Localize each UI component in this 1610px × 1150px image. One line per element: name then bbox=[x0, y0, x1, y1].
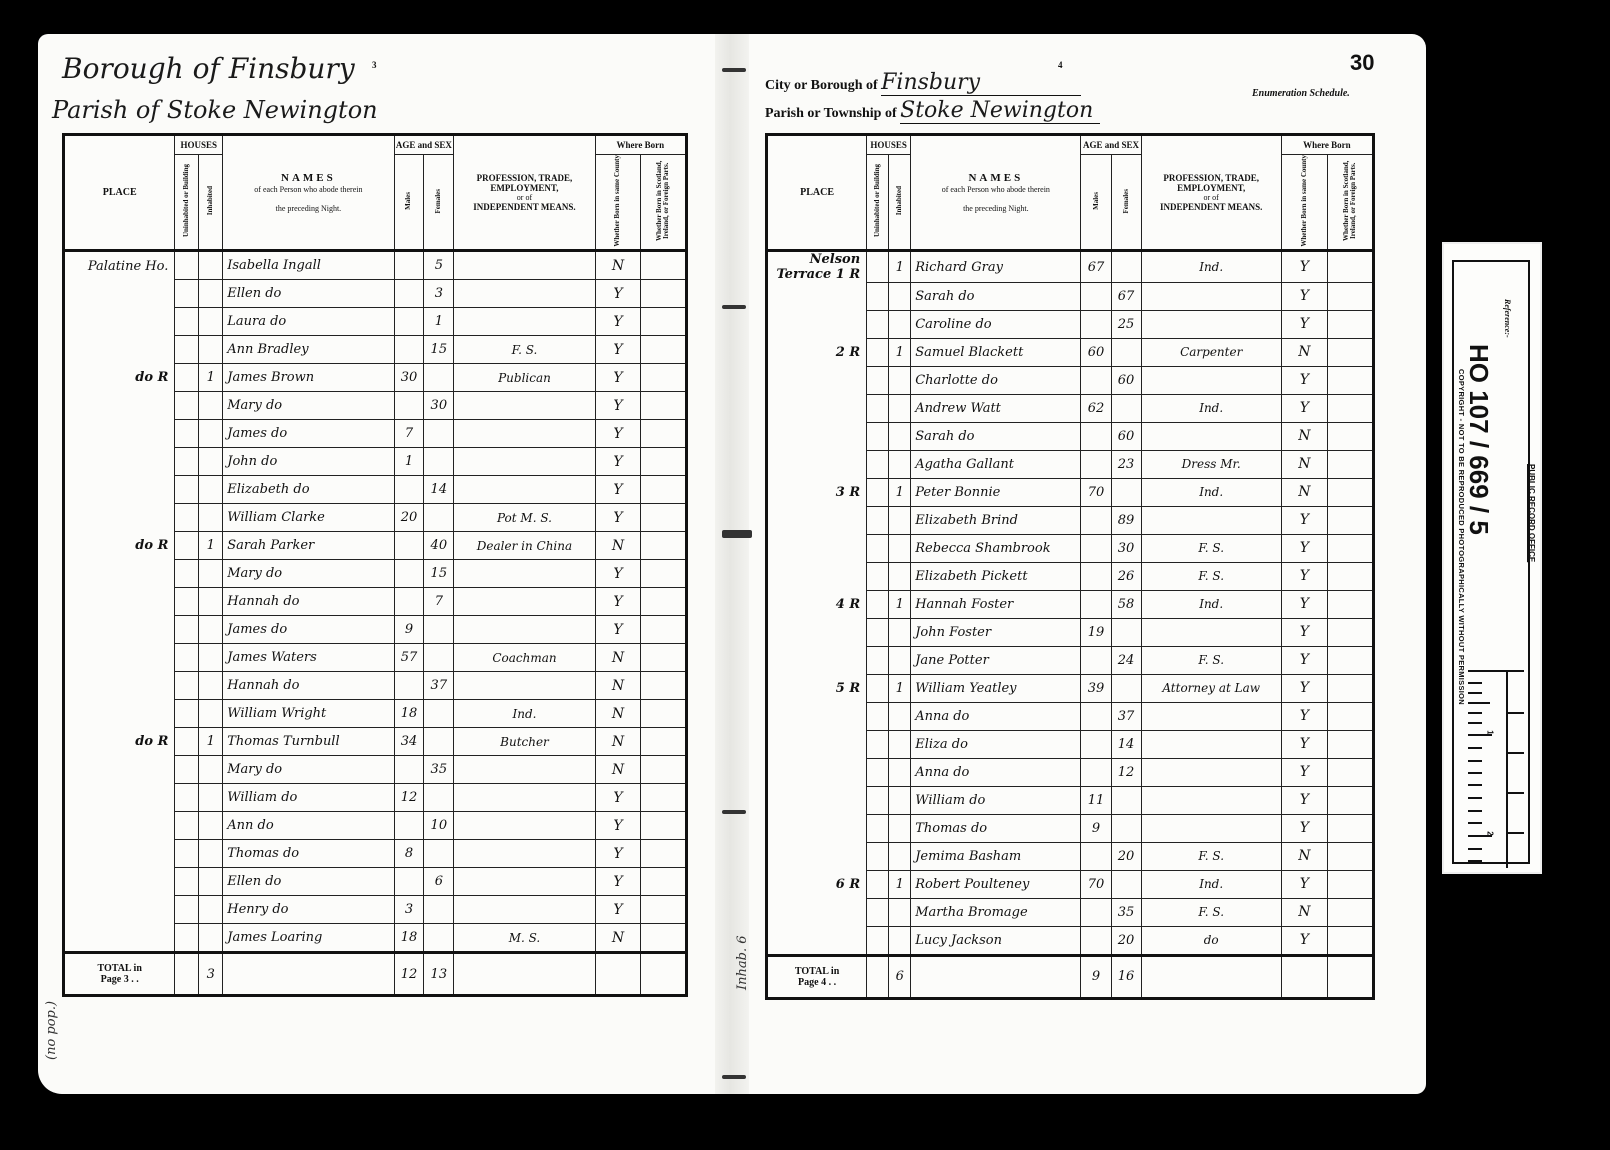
uninhabited-cell bbox=[867, 394, 889, 422]
name-cell: Mary do bbox=[223, 392, 394, 420]
place-cell bbox=[767, 450, 867, 478]
uninhabited-cell bbox=[867, 618, 889, 646]
born-county-cell: Y bbox=[595, 868, 641, 896]
inhabited-cell bbox=[889, 842, 911, 870]
reference-slip: Reference:- HO 107 / 669 / 5 COPYRIGHT -… bbox=[1442, 242, 1542, 874]
male-age-cell: 34 bbox=[394, 728, 424, 756]
male-age-cell: 1 bbox=[394, 448, 424, 476]
enumeration-schedule-label: Enumeration Schedule. bbox=[1252, 88, 1350, 99]
left-margin-note: (no pop.) bbox=[44, 1001, 59, 1060]
born-foreign-cell bbox=[641, 924, 687, 953]
female-age-cell: 14 bbox=[1111, 730, 1141, 758]
female-age-cell bbox=[1111, 394, 1141, 422]
name-cell: William do bbox=[911, 786, 1081, 814]
born-county-cell: Y bbox=[1281, 590, 1327, 618]
col-born-foreign: Whether Born in Scotland, Ireland, or Fo… bbox=[641, 155, 687, 251]
born-foreign-cell bbox=[1327, 898, 1373, 926]
place-cell bbox=[767, 282, 867, 310]
name-cell: Ann do bbox=[223, 812, 394, 840]
born-foreign-cell bbox=[1327, 310, 1373, 338]
place-cell bbox=[64, 672, 175, 700]
parish-value: Stoke Newington bbox=[900, 98, 1100, 124]
female-age-cell bbox=[1111, 338, 1141, 366]
born-county-cell: N bbox=[1281, 478, 1327, 506]
born-foreign-cell bbox=[641, 251, 687, 280]
inhabited-cell bbox=[889, 786, 911, 814]
male-age-cell: 3 bbox=[394, 896, 424, 924]
male-age-cell: 60 bbox=[1081, 338, 1111, 366]
occupation-cell bbox=[454, 672, 595, 700]
born-county-cell: N bbox=[595, 672, 641, 700]
inhabited-cell bbox=[199, 616, 223, 644]
uninhabited-cell bbox=[175, 336, 199, 364]
born-foreign-cell bbox=[1327, 618, 1373, 646]
female-age-cell bbox=[424, 924, 454, 953]
place-cell bbox=[64, 896, 175, 924]
male-age-cell bbox=[394, 280, 424, 308]
female-age-cell: 6 bbox=[424, 868, 454, 896]
male-age-cell bbox=[394, 476, 424, 504]
place-cell bbox=[767, 730, 867, 758]
female-age-cell: 89 bbox=[1111, 506, 1141, 534]
occupation-cell: F. S. bbox=[1141, 898, 1281, 926]
name-cell: Richard Gray bbox=[911, 251, 1081, 283]
table-row: 5 R1William Yeatley39Attorney at LawY bbox=[767, 674, 1374, 702]
place-cell bbox=[64, 812, 175, 840]
col-born-foreign: Whether Born in Scotland, Ireland, or Fo… bbox=[1327, 155, 1373, 251]
inhabited-cell bbox=[889, 282, 911, 310]
born-county-cell: Y bbox=[1281, 534, 1327, 562]
occupation-cell bbox=[1141, 282, 1281, 310]
col-females: Females bbox=[424, 155, 454, 251]
name-cell: Elizabeth Pickett bbox=[911, 562, 1081, 590]
total-males: 9 bbox=[1081, 955, 1111, 998]
occupation-cell bbox=[1141, 366, 1281, 394]
uninhabited-cell bbox=[175, 251, 199, 280]
male-age-cell bbox=[1081, 282, 1111, 310]
born-foreign-cell bbox=[641, 420, 687, 448]
table-row: Charlotte do60Y bbox=[767, 366, 1374, 394]
male-age-cell bbox=[1081, 898, 1111, 926]
inhabited-cell bbox=[199, 672, 223, 700]
place-cell: 5 R bbox=[767, 674, 867, 702]
table-row: Palatine Ho.Isabella Ingall5N bbox=[64, 251, 687, 280]
inhabited-cell bbox=[889, 394, 911, 422]
name-cell: Hannah do bbox=[223, 588, 394, 616]
inhabited-cell bbox=[889, 926, 911, 955]
place-cell bbox=[64, 308, 175, 336]
name-cell: John Foster bbox=[911, 618, 1081, 646]
right-borough-line: City or Borough of Finsbury bbox=[765, 70, 1081, 96]
place-cell bbox=[64, 504, 175, 532]
born-foreign-cell bbox=[1327, 251, 1373, 283]
col-houses: HOUSES bbox=[867, 135, 911, 155]
table-row: Anna do12Y bbox=[767, 758, 1374, 786]
col-uninhabited: Uninhabited or Building bbox=[175, 155, 199, 251]
place-cell bbox=[64, 700, 175, 728]
occupation-cell bbox=[1141, 618, 1281, 646]
uninhabited-cell bbox=[867, 590, 889, 618]
uninhabited-cell bbox=[175, 616, 199, 644]
born-county-cell: N bbox=[595, 251, 641, 280]
table-row: William Clarke20Pot M. S.Y bbox=[64, 504, 687, 532]
occupation-cell bbox=[1141, 702, 1281, 730]
female-age-cell bbox=[424, 420, 454, 448]
female-age-cell: 7 bbox=[424, 588, 454, 616]
name-cell: Peter Bonnie bbox=[911, 478, 1081, 506]
born-county-cell: Y bbox=[1281, 786, 1327, 814]
occupation-cell bbox=[1141, 814, 1281, 842]
born-county-cell: Y bbox=[1281, 618, 1327, 646]
born-county-cell: Y bbox=[595, 616, 641, 644]
copyright-notice: COPYRIGHT - NOT TO BE REPRODUCED PHOTOGR… bbox=[1457, 369, 1466, 705]
table-row: William Wright18Ind.N bbox=[64, 700, 687, 728]
total-houses: 3 bbox=[199, 953, 223, 996]
inhabited-cell bbox=[199, 251, 223, 280]
born-foreign-cell bbox=[1327, 338, 1373, 366]
place-cell: do R bbox=[64, 364, 175, 392]
uninhabited-cell bbox=[867, 926, 889, 955]
place-cell bbox=[64, 588, 175, 616]
inhabited-cell bbox=[889, 758, 911, 786]
occupation-cell bbox=[1141, 758, 1281, 786]
male-age-cell: 7 bbox=[394, 420, 424, 448]
place-cell bbox=[767, 814, 867, 842]
female-age-cell: 10 bbox=[424, 812, 454, 840]
female-age-cell: 37 bbox=[424, 672, 454, 700]
inhabited-cell bbox=[889, 814, 911, 842]
table-row: William do11Y bbox=[767, 786, 1374, 814]
uninhabited-cell bbox=[867, 702, 889, 730]
born-county-cell: Y bbox=[595, 336, 641, 364]
left-census-table: PLACE HOUSES NAMES of each Person who ab… bbox=[62, 133, 688, 997]
name-cell: Robert Poulteney bbox=[911, 870, 1081, 898]
name-cell: Isabella Ingall bbox=[223, 251, 394, 280]
born-county-cell: Y bbox=[595, 588, 641, 616]
place-cell bbox=[64, 756, 175, 784]
born-foreign-cell bbox=[1327, 730, 1373, 758]
uninhabited-cell bbox=[867, 506, 889, 534]
table-row: Ellen do6Y bbox=[64, 868, 687, 896]
col-males: Males bbox=[1081, 155, 1111, 251]
place-cell bbox=[64, 476, 175, 504]
col-inhabited: Inhabited bbox=[199, 155, 223, 251]
male-age-cell bbox=[1081, 422, 1111, 450]
female-age-cell bbox=[424, 896, 454, 924]
female-age-cell bbox=[424, 840, 454, 868]
uninhabited-cell bbox=[867, 814, 889, 842]
table-row: Martha Bromage35F. S.N bbox=[767, 898, 1374, 926]
uninhabited-cell bbox=[867, 450, 889, 478]
table-row: 2 R1Samuel Blackett60CarpenterN bbox=[767, 338, 1374, 366]
male-age-cell bbox=[1081, 842, 1111, 870]
born-foreign-cell bbox=[641, 868, 687, 896]
name-cell: Elizabeth do bbox=[223, 476, 394, 504]
uninhabited-cell bbox=[175, 812, 199, 840]
born-foreign-cell bbox=[1327, 842, 1373, 870]
inhabited-cell bbox=[889, 310, 911, 338]
table-row: Ann Bradley15F. S.Y bbox=[64, 336, 687, 364]
male-age-cell bbox=[394, 532, 424, 560]
place-cell bbox=[767, 646, 867, 674]
place-cell: 6 R bbox=[767, 870, 867, 898]
born-foreign-cell bbox=[1327, 646, 1373, 674]
place-cell bbox=[64, 420, 175, 448]
male-age-cell bbox=[394, 308, 424, 336]
total-females: 13 bbox=[424, 953, 454, 996]
total-uninhabited bbox=[867, 955, 889, 998]
born-foreign-cell bbox=[641, 672, 687, 700]
occupation-cell bbox=[454, 448, 595, 476]
place-cell bbox=[64, 560, 175, 588]
table-row: John do1Y bbox=[64, 448, 687, 476]
male-age-cell bbox=[394, 251, 424, 280]
inhabited-cell: 1 bbox=[199, 728, 223, 756]
female-age-cell: 58 bbox=[1111, 590, 1141, 618]
inhabited-cell bbox=[199, 420, 223, 448]
male-age-cell: 39 bbox=[1081, 674, 1111, 702]
born-foreign-cell bbox=[641, 644, 687, 672]
stamped-page-number: 30 bbox=[1350, 50, 1374, 76]
inhabited-cell bbox=[199, 700, 223, 728]
born-foreign-cell bbox=[1327, 478, 1373, 506]
occupation-cell bbox=[454, 840, 595, 868]
occupation-cell bbox=[454, 756, 595, 784]
male-age-cell bbox=[394, 336, 424, 364]
female-age-cell: 30 bbox=[1111, 534, 1141, 562]
ruler-mark: 2 bbox=[1486, 831, 1495, 835]
name-cell: James do bbox=[223, 420, 394, 448]
name-cell: Caroline do bbox=[911, 310, 1081, 338]
male-age-cell bbox=[394, 868, 424, 896]
female-age-cell bbox=[424, 448, 454, 476]
occupation-cell: Ind. bbox=[1141, 251, 1281, 283]
name-cell: Sarah Parker bbox=[223, 532, 394, 560]
uninhabited-cell bbox=[867, 646, 889, 674]
born-county-cell: Y bbox=[595, 504, 641, 532]
female-age-cell: 37 bbox=[1111, 702, 1141, 730]
female-age-cell bbox=[424, 728, 454, 756]
female-age-cell: 5 bbox=[424, 251, 454, 280]
col-born-county: Whether Born in same County bbox=[595, 155, 641, 251]
occupation-cell: F. S. bbox=[454, 336, 595, 364]
born-county-cell: Y bbox=[1281, 366, 1327, 394]
male-age-cell: 8 bbox=[394, 840, 424, 868]
uninhabited-cell bbox=[175, 644, 199, 672]
place-cell bbox=[767, 926, 867, 955]
male-age-cell: 12 bbox=[394, 784, 424, 812]
table-row: Laura do1Y bbox=[64, 308, 687, 336]
female-age-cell bbox=[424, 700, 454, 728]
name-cell: Rebecca Shambrook bbox=[911, 534, 1081, 562]
male-age-cell: 9 bbox=[394, 616, 424, 644]
born-county-cell: Y bbox=[1281, 870, 1327, 898]
total-label: TOTAL inPage 4 . . bbox=[767, 955, 867, 998]
name-cell: Mary do bbox=[223, 560, 394, 588]
occupation-cell: do bbox=[1141, 926, 1281, 955]
table-row: do R1Thomas Turnbull34ButcherN bbox=[64, 728, 687, 756]
uninhabited-cell bbox=[175, 700, 199, 728]
male-age-cell bbox=[1081, 310, 1111, 338]
place-cell: 3 R bbox=[767, 478, 867, 506]
occupation-cell: F. S. bbox=[1141, 646, 1281, 674]
born-foreign-cell bbox=[1327, 702, 1373, 730]
inhabited-cell bbox=[199, 868, 223, 896]
born-county-cell: Y bbox=[1281, 506, 1327, 534]
male-age-cell: 20 bbox=[394, 504, 424, 532]
female-age-cell bbox=[1111, 674, 1141, 702]
occupation-cell bbox=[454, 560, 595, 588]
born-county-cell: N bbox=[595, 728, 641, 756]
born-county-cell: N bbox=[1281, 842, 1327, 870]
table-row: Nelson Terrace 1 R1Richard Gray67Ind.Y bbox=[767, 251, 1374, 283]
born-foreign-cell bbox=[1327, 758, 1373, 786]
place-cell bbox=[64, 616, 175, 644]
table-row: Mary do30Y bbox=[64, 392, 687, 420]
occupation-cell: M. S. bbox=[454, 924, 595, 953]
total-label: TOTAL inPage 3 . . bbox=[64, 953, 175, 996]
born-foreign-cell bbox=[1327, 786, 1373, 814]
ruler-mark: 1 bbox=[1486, 730, 1495, 734]
female-age-cell bbox=[424, 784, 454, 812]
female-age-cell bbox=[1111, 870, 1141, 898]
born-foreign-cell bbox=[641, 896, 687, 924]
male-age-cell bbox=[1081, 562, 1111, 590]
uninhabited-cell bbox=[867, 786, 889, 814]
place-cell bbox=[64, 392, 175, 420]
male-age-cell bbox=[394, 588, 424, 616]
table-row: Thomas do9Y bbox=[767, 814, 1374, 842]
occupation-cell bbox=[454, 392, 595, 420]
female-age-cell bbox=[1111, 786, 1141, 814]
born-county-cell: Y bbox=[595, 812, 641, 840]
uninhabited-cell bbox=[175, 280, 199, 308]
inhabited-cell bbox=[199, 812, 223, 840]
place-cell bbox=[767, 366, 867, 394]
occupation-cell bbox=[1141, 422, 1281, 450]
born-county-cell: Y bbox=[595, 280, 641, 308]
male-age-cell: 19 bbox=[1081, 618, 1111, 646]
name-cell: Thomas Turnbull bbox=[223, 728, 394, 756]
name-cell: Henry do bbox=[223, 896, 394, 924]
inhabited-cell: 1 bbox=[889, 338, 911, 366]
born-foreign-cell bbox=[641, 448, 687, 476]
binding-stitch bbox=[722, 1075, 746, 1079]
right-parish-line: Parish or Township of Stoke Newington bbox=[765, 98, 1100, 124]
uninhabited-cell bbox=[867, 674, 889, 702]
uninhabited-cell bbox=[867, 534, 889, 562]
place-cell: Palatine Ho. bbox=[64, 251, 175, 280]
born-foreign-cell bbox=[641, 392, 687, 420]
name-cell: Mary do bbox=[223, 756, 394, 784]
table-row: Thomas do8Y bbox=[64, 840, 687, 868]
occupation-cell bbox=[454, 308, 595, 336]
born-county-cell: Y bbox=[1281, 926, 1327, 955]
col-where-born: Where Born bbox=[595, 135, 686, 155]
col-age-sex: AGE and SEX bbox=[394, 135, 454, 155]
col-names: NAMES of each Person who abode therein t… bbox=[911, 135, 1081, 251]
name-cell: William Wright bbox=[223, 700, 394, 728]
born-county-cell: Y bbox=[1281, 310, 1327, 338]
total-names bbox=[223, 953, 394, 996]
female-age-cell: 35 bbox=[424, 756, 454, 784]
occupation-cell bbox=[1141, 786, 1281, 814]
female-age-cell: 15 bbox=[424, 560, 454, 588]
born-county-cell: Y bbox=[1281, 646, 1327, 674]
table-row: 4 R1Hannah Foster58Ind.Y bbox=[767, 590, 1374, 618]
table-row: James Loaring18M. S.N bbox=[64, 924, 687, 953]
total-born-foreign bbox=[641, 953, 687, 996]
total-names bbox=[911, 955, 1081, 998]
uninhabited-cell bbox=[867, 366, 889, 394]
table-row: Hannah do7Y bbox=[64, 588, 687, 616]
male-age-cell bbox=[394, 560, 424, 588]
occupation-cell: Ind. bbox=[1141, 394, 1281, 422]
inhabited-cell bbox=[199, 784, 223, 812]
col-born-county: Whether Born in same County bbox=[1281, 155, 1327, 251]
name-cell: Agatha Gallant bbox=[911, 450, 1081, 478]
name-cell: Jemima Basham bbox=[911, 842, 1081, 870]
born-county-cell: Y bbox=[595, 392, 641, 420]
table-row: 6 R1Robert Poulteney70Ind.Y bbox=[767, 870, 1374, 898]
female-age-cell: 3 bbox=[424, 280, 454, 308]
right-census-table: PLACE HOUSES NAMES of each Person who ab… bbox=[765, 133, 1375, 1000]
inhabited-cell bbox=[199, 476, 223, 504]
table-row: Elizabeth Pickett26F. S.Y bbox=[767, 562, 1374, 590]
table-row: Ellen do3Y bbox=[64, 280, 687, 308]
occupation-cell: Dealer in China bbox=[454, 532, 595, 560]
female-age-cell: 23 bbox=[1111, 450, 1141, 478]
name-cell: Eliza do bbox=[911, 730, 1081, 758]
table-row: John Foster19Y bbox=[767, 618, 1374, 646]
male-age-cell: 30 bbox=[394, 364, 424, 392]
table-row: Sarah do67Y bbox=[767, 282, 1374, 310]
inhabited-cell bbox=[889, 422, 911, 450]
place-cell bbox=[64, 924, 175, 953]
occupation-cell: Ind. bbox=[1141, 478, 1281, 506]
occupation-cell: Pot M. S. bbox=[454, 504, 595, 532]
male-age-cell: 11 bbox=[1081, 786, 1111, 814]
place-cell bbox=[767, 842, 867, 870]
inhabited-cell: 1 bbox=[889, 590, 911, 618]
born-foreign-cell bbox=[1327, 674, 1373, 702]
occupation-cell bbox=[454, 896, 595, 924]
born-foreign-cell bbox=[641, 336, 687, 364]
occupation-cell bbox=[454, 784, 595, 812]
born-foreign-cell bbox=[641, 812, 687, 840]
place-cell: Nelson Terrace 1 R bbox=[767, 251, 867, 283]
female-age-cell: 20 bbox=[1111, 842, 1141, 870]
name-cell: Thomas do bbox=[223, 840, 394, 868]
born-foreign-cell bbox=[1327, 814, 1373, 842]
name-cell: James Brown bbox=[223, 364, 394, 392]
born-foreign-cell bbox=[641, 364, 687, 392]
occupation-cell bbox=[454, 476, 595, 504]
born-county-cell: N bbox=[595, 924, 641, 953]
female-age-cell: 35 bbox=[1111, 898, 1141, 926]
table-row: Elizabeth Brind89Y bbox=[767, 506, 1374, 534]
male-age-cell: 70 bbox=[1081, 478, 1111, 506]
uninhabited-cell bbox=[175, 756, 199, 784]
total-row: TOTAL inPage 4 . .6916 bbox=[767, 955, 1374, 998]
binding-stitch bbox=[722, 530, 752, 538]
table-row: Lucy Jackson20doY bbox=[767, 926, 1374, 955]
female-age-cell: 1 bbox=[424, 308, 454, 336]
name-cell: Thomas do bbox=[911, 814, 1081, 842]
uninhabited-cell bbox=[175, 896, 199, 924]
place-cell bbox=[767, 786, 867, 814]
place-cell bbox=[767, 618, 867, 646]
